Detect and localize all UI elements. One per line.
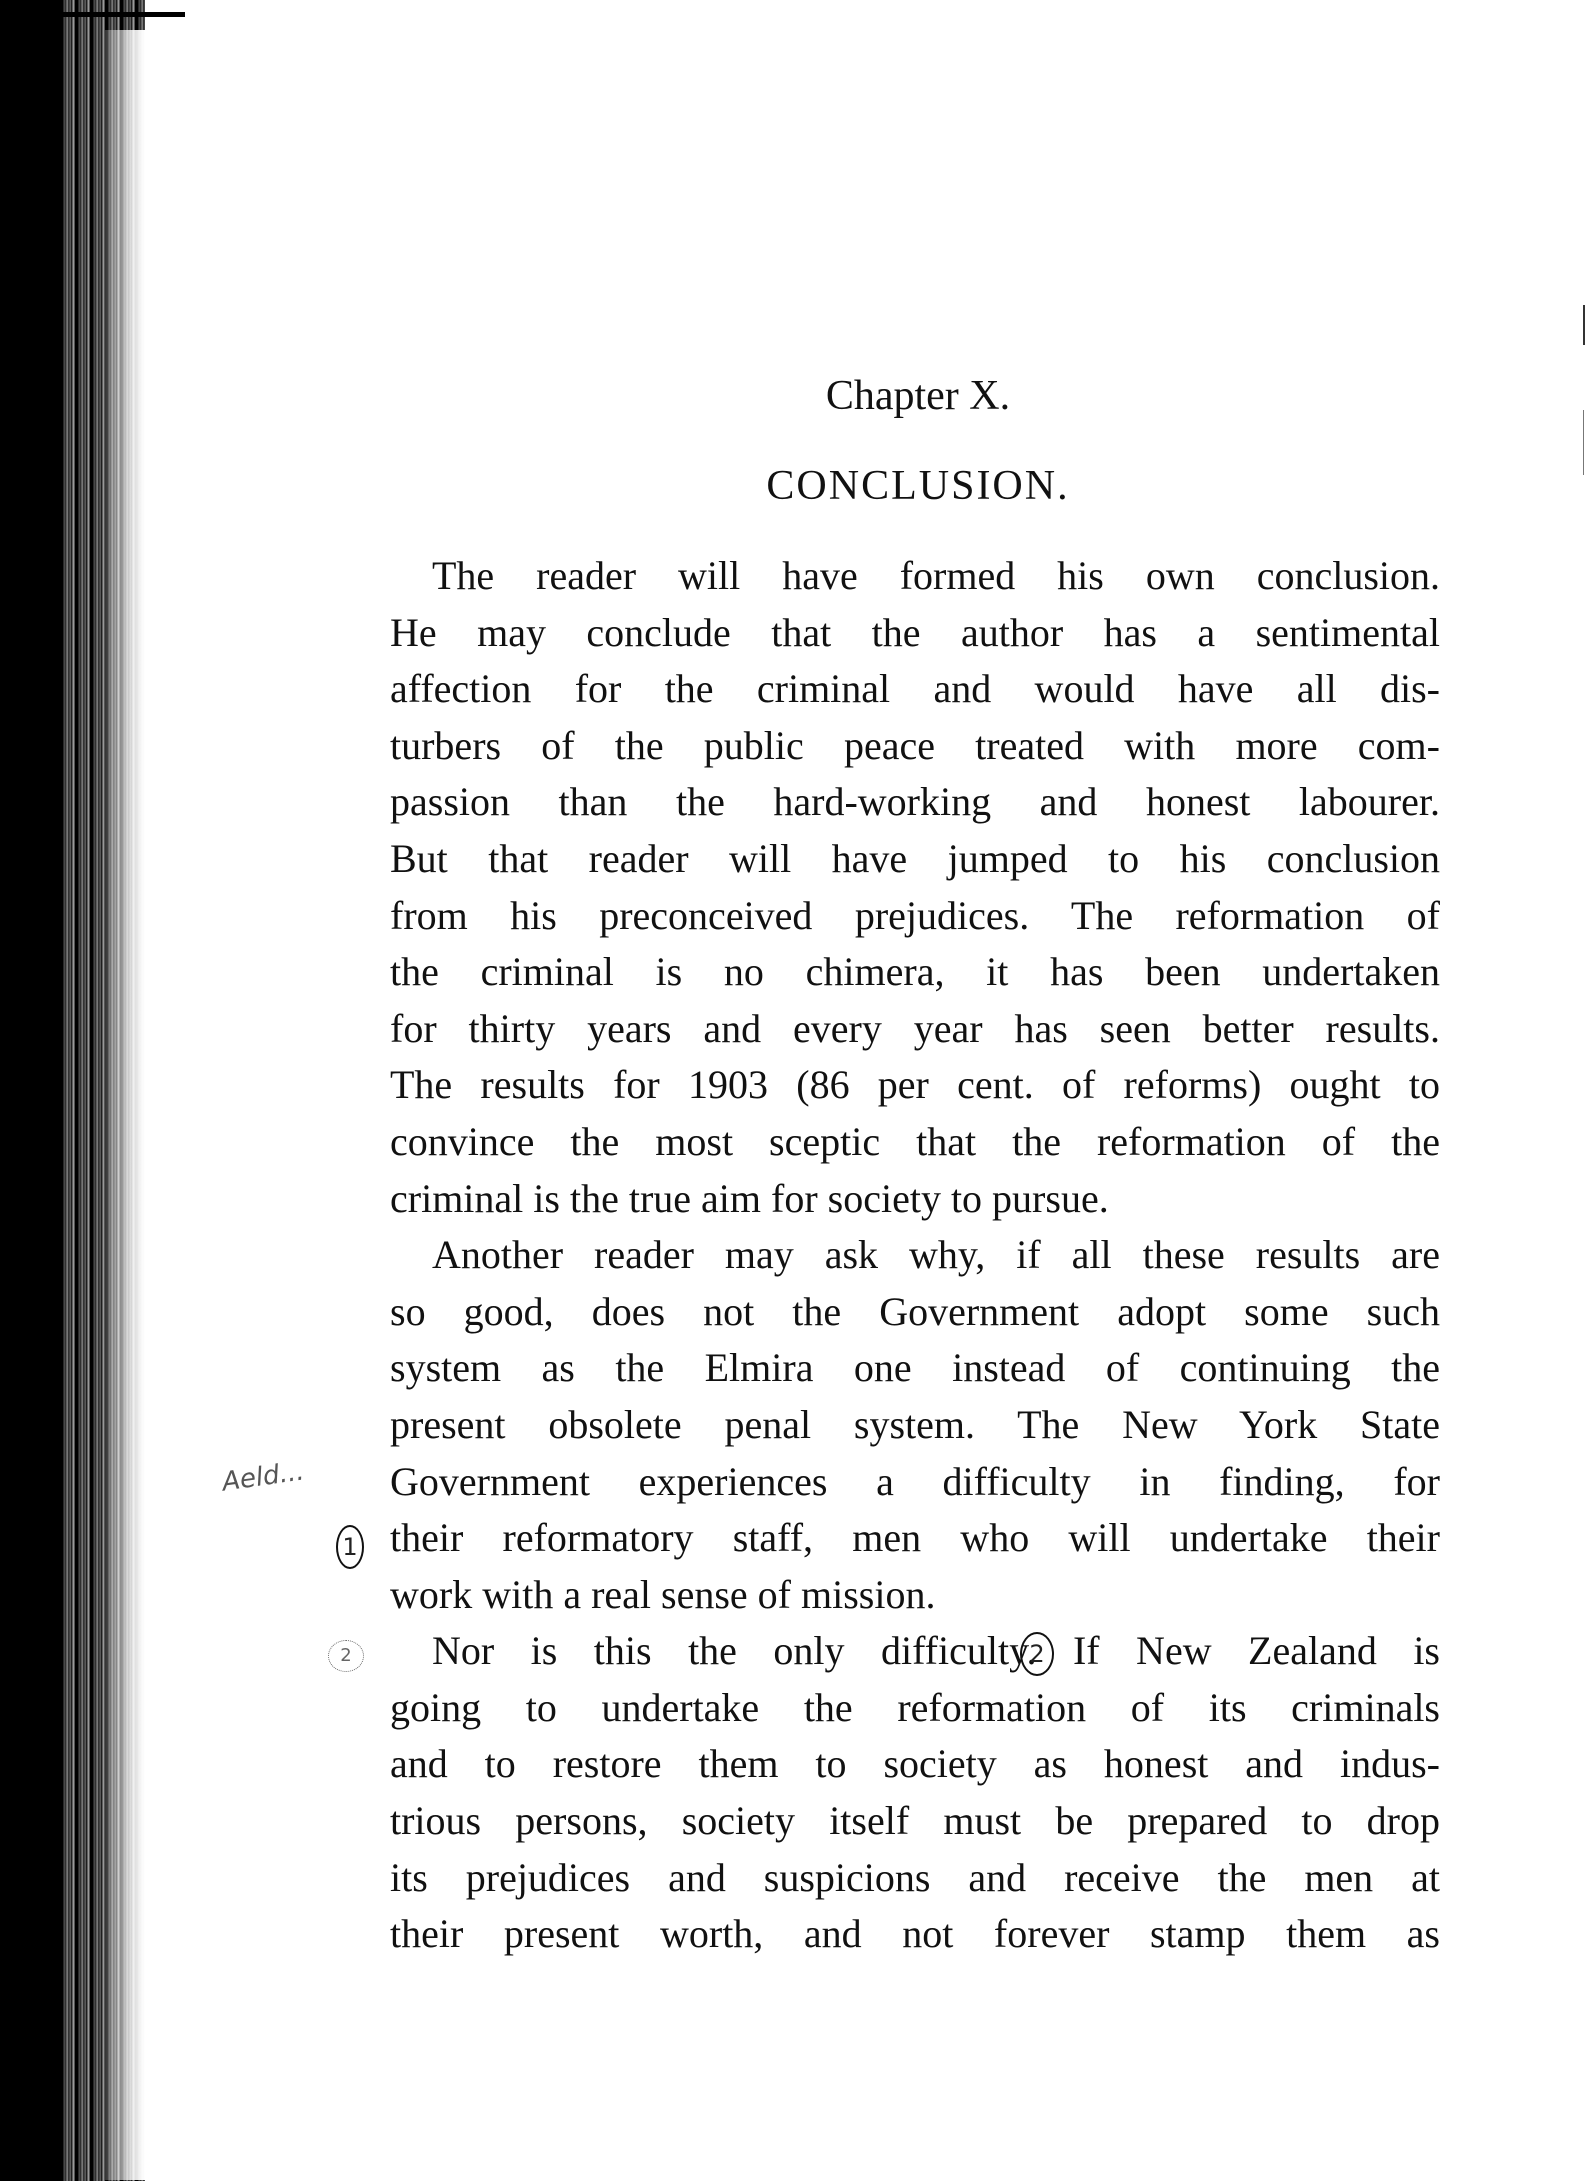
text-line: turbers of the public peace treated with… <box>390 718 1440 775</box>
text-line: going to undertake the reformation of it… <box>390 1680 1440 1737</box>
text-line: work with a real sense of mission. <box>390 1567 1440 1624</box>
right-edge-mark <box>1583 305 1585 345</box>
right-edge-mark <box>1583 410 1584 475</box>
text-line: from his preconceived prejudices. The re… <box>390 888 1440 945</box>
text-line: for thirty years and every year has seen… <box>390 1001 1440 1058</box>
paragraph-2: Another reader may ask why, if all these… <box>390 1227 1440 1623</box>
text-line: But that reader will have jumped to his … <box>390 831 1440 888</box>
text-line: convince the most sceptic that the refor… <box>390 1114 1440 1171</box>
circled-number-annotation: 1 <box>336 1525 364 1569</box>
text-line: affection for the criminal and would hav… <box>390 661 1440 718</box>
text-line: their reformatory staff, men who will un… <box>390 1510 1440 1567</box>
inline-circled-number-annotation: 2 <box>1020 1632 1054 1676</box>
chapter-number: Chapter X. <box>0 372 1596 420</box>
text-line: the criminal is no chimera, it has been … <box>390 944 1440 1001</box>
text-line: He may conclude that the author has a se… <box>390 605 1440 662</box>
text-line: Government experiences a difficulty in f… <box>390 1454 1440 1511</box>
body-text: The reader will have formed his own conc… <box>390 548 1440 1963</box>
text-line: Another reader may ask why, if all these… <box>390 1227 1440 1284</box>
text-line: and to restore them to society as honest… <box>390 1736 1440 1793</box>
book-spine-top-edge <box>25 12 185 17</box>
text-line: passion than the hard-working and honest… <box>390 774 1440 831</box>
text-line: system as the Elmira one instead of cont… <box>390 1340 1440 1397</box>
text-line: their present worth, and not forever sta… <box>390 1906 1440 1963</box>
text-line: trious persons, society itself must be p… <box>390 1793 1440 1850</box>
text-line: The results for 1903 (86 per cent. of re… <box>390 1057 1440 1114</box>
text-line: its prejudices and suspicions and receiv… <box>390 1850 1440 1907</box>
book-spine-binding <box>0 0 145 2181</box>
handwritten-margin-note: Aeld... <box>220 1456 306 1497</box>
text-line: present obsolete penal system. The New Y… <box>390 1397 1440 1454</box>
text-line: The reader will have formed his own conc… <box>390 548 1440 605</box>
text-line: Nor is this the only difficulty. If New … <box>390 1623 1440 1680</box>
text-line: criminal is the true aim for society to … <box>390 1171 1440 1228</box>
paragraph-1: The reader will have formed his own conc… <box>390 548 1440 1227</box>
chapter-title: CONCLUSION. <box>0 462 1596 510</box>
paragraph-3: Nor is this the only difficulty. If New … <box>390 1623 1440 1963</box>
text-line: so good, does not the Government adopt s… <box>390 1284 1440 1341</box>
faint-circled-number-annotation: 2 <box>328 1640 364 1672</box>
